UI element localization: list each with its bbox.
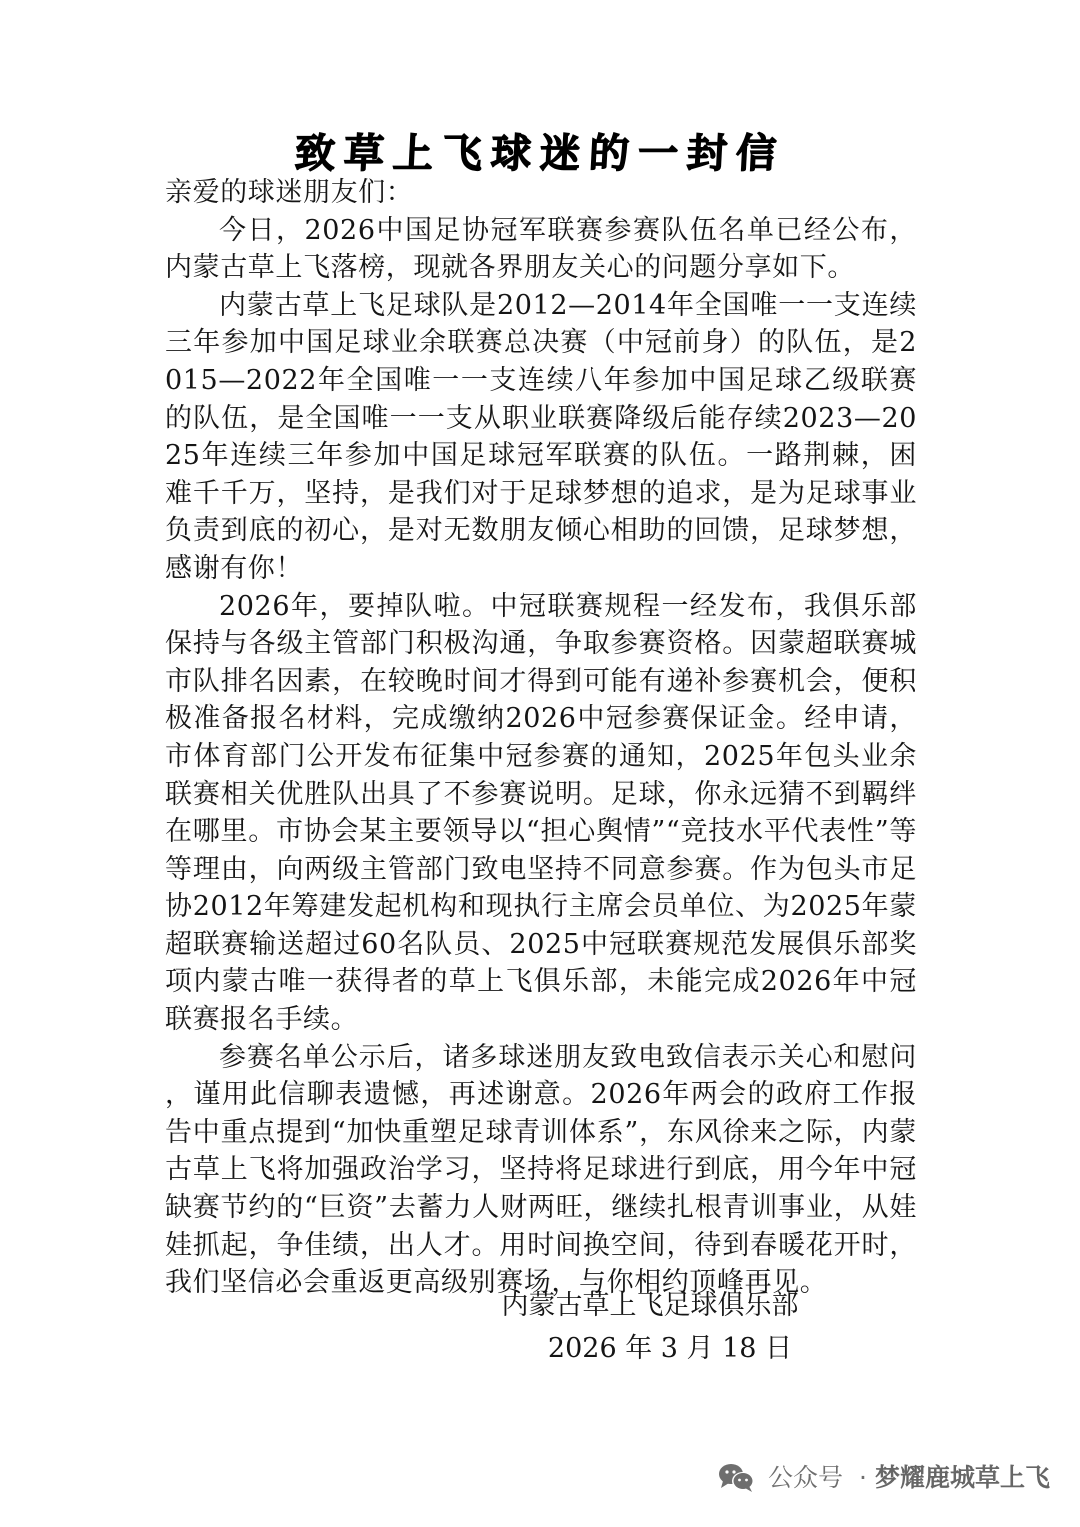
watermark-account-name: 梦耀鹿城草上飞 (875, 1463, 1050, 1493)
letter-body: 亲爱的球迷朋友们： 今日，2026中国足协冠军联赛参赛队伍名单已经公布，内蒙古草… (165, 174, 917, 1302)
watermark-label: 公众号 (768, 1463, 843, 1493)
salutation: 亲爱的球迷朋友们： (165, 174, 917, 212)
paragraph-2026-situation: 2026年，要掉队啦。中冠联赛规程一经发布，我俱乐部保持与各级主管部门积极沟通，… (165, 588, 917, 1039)
signature-organization: 内蒙古草上飞足球俱乐部 (480, 1287, 820, 1324)
watermark-separator: · (859, 1463, 867, 1493)
signature-date: 2026 年 3 月 18 日 (500, 1330, 840, 1367)
letter-page: 致草上飞球迷的一封信 亲爱的球迷朋友们： 今日，2026中国足协冠军联赛参赛队伍… (0, 0, 1080, 1527)
wechat-icon (718, 1463, 756, 1493)
wechat-watermark: 公众号 · 梦耀鹿城草上飞 (718, 1463, 1050, 1493)
paragraph-history: 内蒙古草上飞足球队是2012—2014年全国唯一一支连续三年参加中国足球业余联赛… (165, 287, 917, 588)
paragraph-thanks-outlook: 参赛名单公示后，诸多球迷朋友致电致信表示关心和慰问，谨用此信聊表遗憾，再述谢意。… (165, 1039, 917, 1302)
paragraph-intro: 今日，2026中国足协冠军联赛参赛队伍名单已经公布，内蒙古草上飞落榜，现就各界朋… (165, 212, 917, 287)
